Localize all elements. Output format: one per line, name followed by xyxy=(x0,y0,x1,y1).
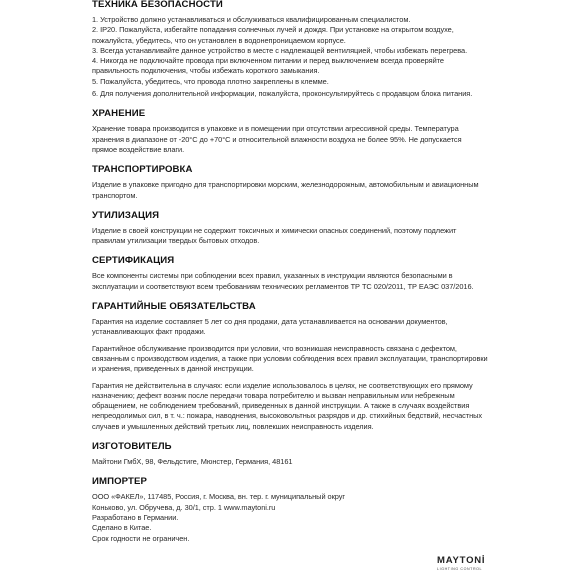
storage-text: Хранение товара производится в упаковке … xyxy=(92,124,488,155)
section-manufacturer: ИЗГОТОВИТЕЛЬ Майтони ГмбХ, 98, Фельдстиг… xyxy=(92,441,488,467)
section-title-importer: ИМПОРТЕР xyxy=(92,476,488,487)
transport-text: Изделие в упаковке пригодно для транспор… xyxy=(92,180,488,201)
importer-line: Срок годности не ограничен. xyxy=(92,534,488,544)
section-title-safety: ТЕХНИКА БЕЗОПАСНОСТИ xyxy=(92,0,488,10)
section-warranty: ГАРАНТИЙНЫЕ ОБЯЗАТЕЛЬСТВА Гарантия на из… xyxy=(92,301,488,432)
certification-text: Все компоненты системы при соблюдении вс… xyxy=(92,271,488,292)
section-title-transport: ТРАНСПОРТИРОВКА xyxy=(92,164,488,175)
section-importer: ИМПОРТЕР ООО «ФАКЕЛ», 117485, Россия, г.… xyxy=(92,476,488,543)
safety-item: 5. Пожалуйста, убедитесь, что провода пл… xyxy=(92,77,488,87)
section-title-storage: ХРАНЕНИЕ xyxy=(92,108,488,119)
warranty-paragraph: Гарантия не действительна в случаях: есл… xyxy=(92,381,488,432)
logo-tagline: LIGHTING CONTROL xyxy=(437,567,497,572)
section-title-warranty: ГАРАНТИЙНЫЕ ОБЯЗАТЕЛЬСТВА xyxy=(92,301,488,312)
disposal-text: Изделие в своей конструкции не содержит … xyxy=(92,226,488,247)
safety-item: 3. Всегда устанавливайте данное устройст… xyxy=(92,46,488,56)
safety-item: 6. Для получения дополнительной информац… xyxy=(92,89,488,99)
instruction-page: ТЕХНИКА БЕЗОПАСНОСТИ 1. Устройство должн… xyxy=(92,0,488,553)
section-certification: СЕРТИФИКАЦИЯ Все компоненты системы при … xyxy=(92,255,488,292)
safety-item: 1. Устройство должно устанавливаться и о… xyxy=(92,15,488,25)
importer-line: ООО «ФАКЕЛ», 117485, Россия, г. Москва, … xyxy=(92,492,488,502)
importer-line: Разработано в Германии. xyxy=(92,513,488,523)
section-disposal: УТИЛИЗАЦИЯ Изделие в своей конструкции н… xyxy=(92,210,488,247)
section-title-disposal: УТИЛИЗАЦИЯ xyxy=(92,210,488,221)
importer-line: Коньково, ул. Обручева, д. 30/1, стр. 1 … xyxy=(92,503,488,513)
section-title-certification: СЕРТИФИКАЦИЯ xyxy=(92,255,488,266)
warranty-paragraph: Гарантийное обслуживание производится пр… xyxy=(92,344,488,375)
section-safety: ТЕХНИКА БЕЗОПАСНОСТИ 1. Устройство должн… xyxy=(92,0,488,99)
section-transport: ТРАНСПОРТИРОВКА Изделие в упаковке приго… xyxy=(92,164,488,201)
importer-line: Сделано в Китае. xyxy=(92,523,488,533)
manufacturer-text: Майтони ГмбХ, 98, Фельдстиге, Мюнстер, Г… xyxy=(92,457,488,467)
section-storage: ХРАНЕНИЕ Хранение товара производится в … xyxy=(92,108,488,155)
safety-item: 2. IP20. Пожалуйста, избегайте попадания… xyxy=(92,25,488,46)
warranty-paragraph: Гарантия на изделие составляет 5 лет со … xyxy=(92,317,488,338)
safety-item: 4. Никогда не подключайте провода при вк… xyxy=(92,56,488,77)
logo-brand: MAYTONİ xyxy=(437,556,497,566)
section-title-manufacturer: ИЗГОТОВИТЕЛЬ xyxy=(92,441,488,452)
maytoni-logo: MAYTONİ LIGHTING CONTROL xyxy=(437,556,497,572)
